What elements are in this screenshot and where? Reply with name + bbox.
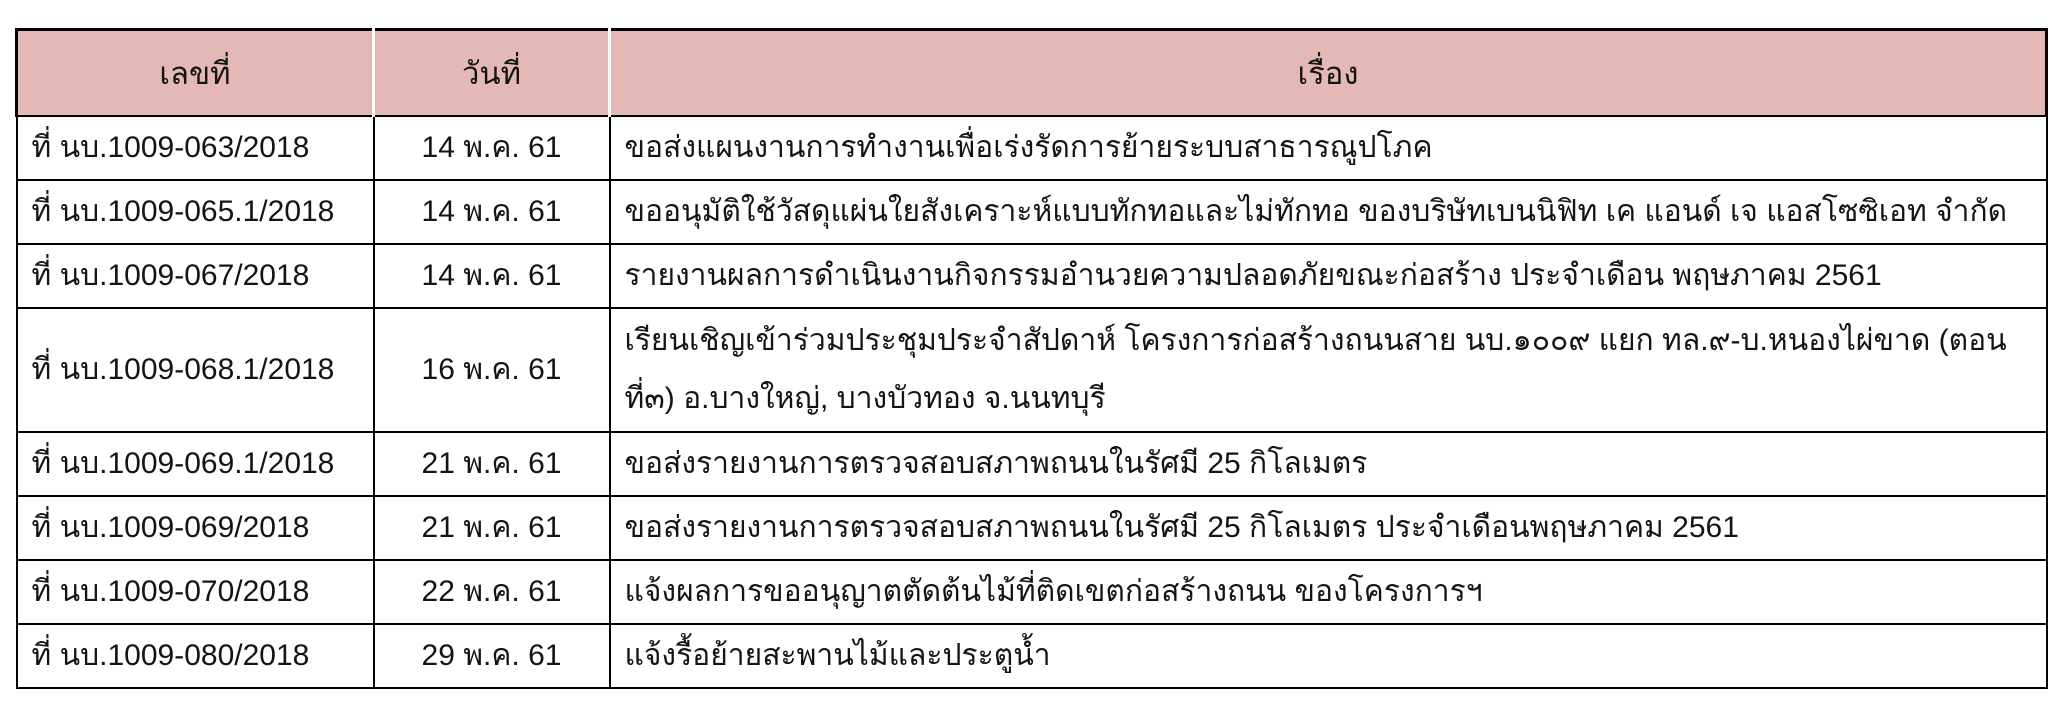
table-row: ที่ นบ.1009-070/2018 22 พ.ค. 61 แจ้งผลกา… (17, 560, 2047, 624)
table-row: ที่ นบ.1009-063/2018 14 พ.ค. 61 ขอส่งแผน… (17, 116, 2047, 180)
cell-subject: แจ้งผลการขออนุญาตตัดต้นไม้ที่ติดเขตก่อสร… (610, 560, 2047, 624)
cell-number: ที่ นบ.1009-080/2018 (17, 624, 374, 688)
cell-date: 14 พ.ค. 61 (374, 244, 610, 308)
cell-date: 14 พ.ค. 61 (374, 116, 610, 180)
cell-number: ที่ นบ.1009-065.1/2018 (17, 180, 374, 244)
cell-date: 21 พ.ค. 61 (374, 496, 610, 560)
cell-subject: เรียนเชิญเข้าร่วมประชุมประจำสัปดาห์ โครง… (610, 308, 2047, 432)
table-row: ที่ นบ.1009-065.1/2018 14 พ.ค. 61 ขออนุม… (17, 180, 2047, 244)
cell-date: 29 พ.ค. 61 (374, 624, 610, 688)
cell-date: 14 พ.ค. 61 (374, 180, 610, 244)
cell-number: ที่ นบ.1009-068.1/2018 (17, 308, 374, 432)
table-row: ที่ นบ.1009-067/2018 14 พ.ค. 61 รายงานผล… (17, 244, 2047, 308)
table-row: ที่ นบ.1009-069.1/2018 21 พ.ค. 61 ขอส่งร… (17, 432, 2047, 496)
cell-number: ที่ นบ.1009-069.1/2018 (17, 432, 374, 496)
correspondence-table: เลขที่ วันที่ เรื่อง ที่ นบ.1009-063/201… (15, 28, 2048, 689)
header-cell-number: เลขที่ (17, 30, 374, 116)
correspondence-table-wrap: เลขที่ วันที่ เรื่อง ที่ นบ.1009-063/201… (15, 28, 2045, 689)
cell-subject: ขอส่งแผนงานการทำงานเพื่อเร่งรัดการย้ายระ… (610, 116, 2047, 180)
cell-subject: ขออนุมัติใช้วัสดุแผ่นใยสังเคราะห์แบบทักท… (610, 180, 2047, 244)
table-row: ที่ นบ.1009-080/2018 29 พ.ค. 61 แจ้งรื้อ… (17, 624, 2047, 688)
table-row: ที่ นบ.1009-068.1/2018 16 พ.ค. 61 เรียนเ… (17, 308, 2047, 432)
cell-subject: ขอส่งรายงานการตรวจสอบสภาพถนนในรัศมี 25 ก… (610, 496, 2047, 560)
cell-number: ที่ นบ.1009-069/2018 (17, 496, 374, 560)
cell-date: 22 พ.ค. 61 (374, 560, 610, 624)
cell-subject: แจ้งรื้อย้ายสะพานไม้และประตูน้ำ (610, 624, 2047, 688)
cell-subject: ขอส่งรายงานการตรวจสอบสภาพถนนในรัศมี 25 ก… (610, 432, 2047, 496)
document-page: เลขที่ วันที่ เรื่อง ที่ นบ.1009-063/201… (0, 0, 2058, 701)
header-cell-subject: เรื่อง (610, 30, 2047, 116)
cell-number: ที่ นบ.1009-063/2018 (17, 116, 374, 180)
cell-subject: รายงานผลการดำเนินงานกิจกรรมอำนวยความปลอด… (610, 244, 2047, 308)
cell-date: 16 พ.ค. 61 (374, 308, 610, 432)
cell-date: 21 พ.ค. 61 (374, 432, 610, 496)
cell-number: ที่ นบ.1009-067/2018 (17, 244, 374, 308)
cell-number: ที่ นบ.1009-070/2018 (17, 560, 374, 624)
header-row: เลขที่ วันที่ เรื่อง (17, 30, 2047, 116)
header-cell-date: วันที่ (374, 30, 610, 116)
table-row: ที่ นบ.1009-069/2018 21 พ.ค. 61 ขอส่งราย… (17, 496, 2047, 560)
